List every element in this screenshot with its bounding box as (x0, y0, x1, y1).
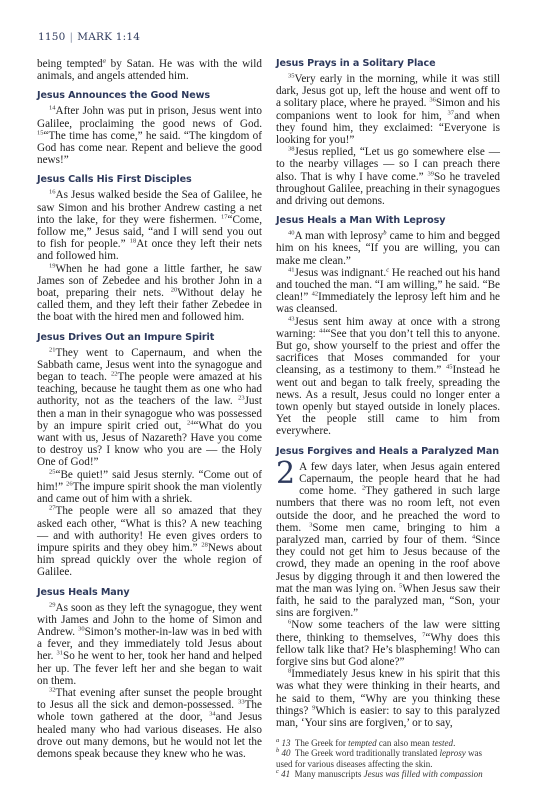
paragraph: 43Jesus sent him away at once with a str… (276, 316, 500, 438)
paragraph: 40A man with leprosyb came to him and be… (276, 230, 500, 267)
continuation-paragraph: being tempteda by Satan. He was with the… (37, 58, 262, 82)
footnote-italic: tested (432, 738, 453, 748)
section-heading: Jesus Heals a Man With Leprosy (276, 215, 500, 227)
section-heading: Jesus Calls His First Disciples (37, 174, 262, 186)
bible-page: 1150|MARK 1:14 being tempteda by Satan. … (0, 0, 538, 793)
section-heading: Jesus Heals Many (37, 587, 262, 599)
footnote-text: . (453, 738, 455, 748)
paragraph: 14After John was put in prison, Jesus we… (37, 105, 262, 166)
paragraph: 19When he had gone a little farther, he … (37, 263, 262, 324)
right-column: Jesus Prays in a Solitary Place 35Very e… (276, 58, 500, 779)
footnote-text: The Greek word traditionally translated (295, 748, 440, 758)
footnote-verse-ref: 41 (281, 769, 290, 779)
footnote-italic: Jesus was filled with compassion (364, 769, 483, 779)
footnote-italic: tempted (348, 738, 377, 748)
section-heading: Jesus Drives Out an Impure Spirit (37, 332, 262, 344)
paragraph: 29As soon as they left the synagogue, th… (37, 602, 262, 687)
paragraph: 32That evening after sunset the people b… (37, 687, 262, 760)
chapter-reference: MARK 1:14 (77, 31, 140, 43)
paragraph: 21They went to Capernaum, and when the S… (37, 347, 262, 469)
paragraph: 27The people were all so amazed that the… (37, 505, 262, 578)
footnote-text: Many manuscripts (295, 769, 364, 779)
verse-text: “The time has come,” he said. “The kingd… (37, 130, 262, 166)
running-head: 1150|MARK 1:14 (38, 31, 140, 43)
footnote: b 40 The Greek word traditionally transl… (276, 748, 500, 768)
paragraph: 16As Jesus walked beside the Sea of Gali… (37, 189, 262, 262)
paragraph: 41Jesus was indignant.c He reached out h… (276, 267, 500, 316)
chapter-opening-paragraph: 2A few days later, when Jesus again ente… (276, 461, 500, 620)
chapter-number: 2 (276, 462, 295, 486)
page-number: 1150 (38, 31, 66, 43)
verse-text: being tempted (37, 58, 103, 70)
left-column: being tempteda by Satan. He was with the… (37, 58, 262, 760)
footnote-verse-ref: 13 (282, 738, 291, 748)
section-heading: Jesus Prays in a Solitary Place (276, 58, 500, 70)
verse-text: A man with leprosy (295, 230, 384, 242)
paragraph: 38Jesus replied, “Let us go somewhere el… (276, 146, 500, 207)
footnote: a 13 The Greek for tempted can also mean… (276, 738, 500, 748)
paragraph: 6Now some teachers of the law were sitti… (276, 619, 500, 668)
footnotes: a 13 The Greek for tempted can also mean… (276, 738, 500, 779)
verse-text: After John was put in prison, Jesus went… (37, 105, 262, 129)
verse-text: So he went to her, took her hand and hel… (37, 650, 262, 686)
footnote-italic: leprosy (440, 748, 466, 758)
footnote-verse-ref: 40 (282, 748, 291, 758)
verse-text: Jesus was indignant. (295, 267, 387, 279)
section-heading: Jesus Announces the Good News (37, 90, 262, 102)
section-heading: Jesus Forgives and Heals a Paralyzed Man (276, 446, 500, 458)
paragraph: 25“Be quiet!” said Jesus sternly. “Come … (37, 469, 262, 506)
paragraph: 35Very early in the morning, while it wa… (276, 73, 500, 146)
footnote-text: The Greek for (295, 738, 348, 748)
paragraph: 8Immediately Jesus knew in his spirit th… (276, 668, 500, 729)
footnote-letter: b (276, 747, 279, 754)
footnote: c 41 Many manuscripts Jesus was filled w… (276, 769, 500, 779)
footnote-text: can also mean (377, 738, 432, 748)
footnote-letter: c (276, 768, 279, 775)
header-separator: | (66, 31, 78, 43)
verse-text: That evening after sunset the people bro… (37, 687, 262, 711)
footnote-letter: a (276, 737, 279, 744)
